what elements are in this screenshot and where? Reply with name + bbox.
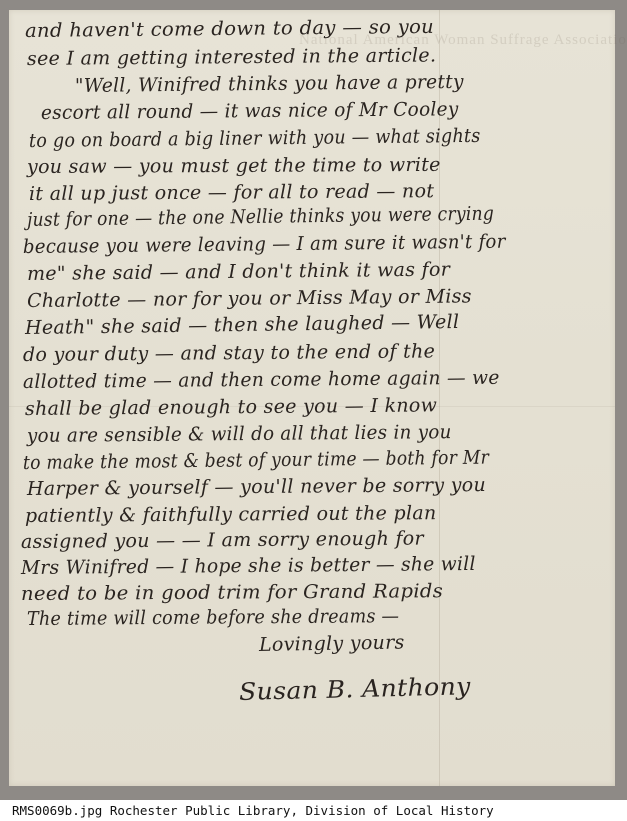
letter-line: you are sensible & will do all that lies…	[27, 421, 452, 447]
letter-closing: Lovingly yours	[259, 631, 405, 656]
letter-line: it all up just once — for all to read — …	[29, 180, 434, 205]
image-caption: RMS0069b.jpg Rochester Public Library, D…	[12, 803, 494, 818]
letter-line: just for one — the one Nellie thinks you…	[27, 203, 494, 231]
letter-line: see I am getting interested in the artic…	[27, 44, 436, 70]
letter-line: because you were leaving — I am sure it …	[23, 231, 506, 258]
letter-line: me" she said — and I don't think it was …	[27, 259, 450, 285]
letter-line: you saw — you must get the time to write	[27, 154, 441, 178]
letter-signature: Susan B. Anthony	[239, 672, 471, 706]
letter-line: patiently & faithfully carried out the p…	[25, 502, 437, 527]
letter-line: Heath" she said — then she laughed — Wel…	[25, 311, 460, 339]
letter-page: National American Woman Suffrage Associa…	[9, 10, 615, 786]
letter-line: and haven't come down to day — so you	[25, 16, 434, 42]
letter-line: to go on board a big liner with you — wh…	[29, 125, 481, 152]
letter-line: assigned you — — I am sorry enough for	[21, 527, 424, 553]
scan-frame: National American Woman Suffrage Associa…	[0, 0, 627, 800]
letter-line: do your duty — and stay to the end of th…	[23, 340, 435, 366]
letter-line: Charlotte — nor for you or Miss May or M…	[27, 285, 472, 312]
letter-line: Mrs Winifred — I hope she is better — sh…	[21, 553, 476, 579]
letter-line: The time will come before she dreams —	[27, 605, 399, 630]
letter-line: "Well, Winifred thinks you have a pretty	[75, 71, 464, 97]
letter-line: need to be in good trim for Grand Rapids	[21, 580, 443, 605]
letter-line: Harper & yourself — you'll never be sorr…	[27, 474, 486, 500]
letter-line: shall be glad enough to see you — I know	[25, 394, 437, 420]
letter-line: to make the most & best of your time — b…	[23, 447, 489, 474]
letter-line: allotted time — and then come home again…	[23, 367, 500, 393]
letter-line: escort all round — it was nice of Mr Coo…	[41, 98, 459, 124]
